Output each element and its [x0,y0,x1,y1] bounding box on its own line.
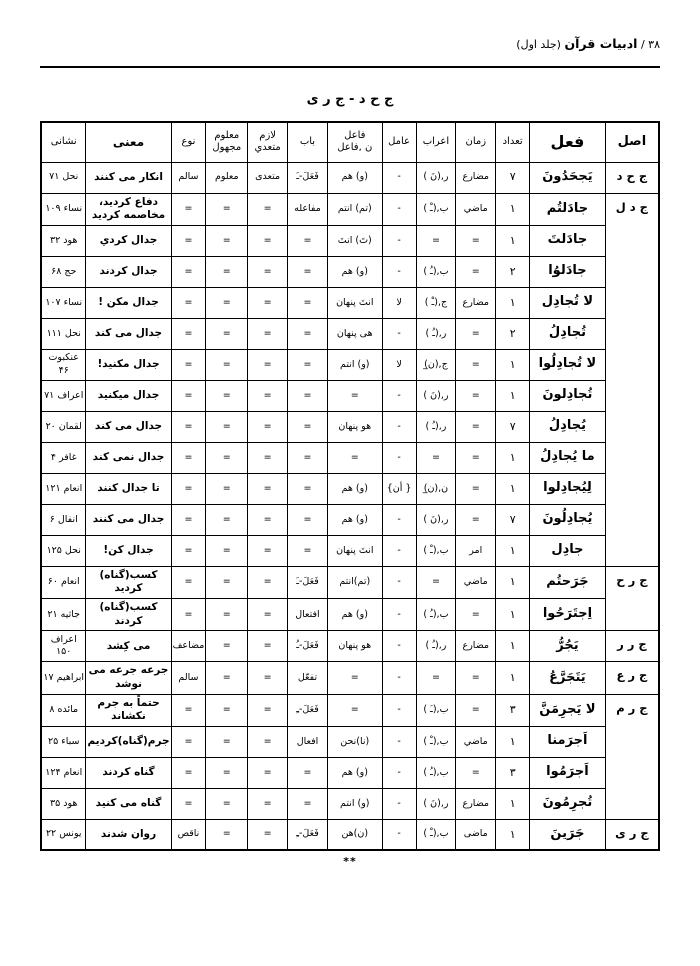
cell-amel: { أن} [382,473,416,504]
col-header-erab: اعراب [416,122,456,162]
cell-erab: = [416,442,456,473]
col-header-amel: عامل [382,122,416,162]
cell-zaman: مضارع [456,631,496,662]
cell-lazem: = [248,287,288,318]
col-header-mani: معنی [86,122,171,162]
cell-neshani: عنکبوت ۴۶ [41,349,86,380]
cell-fael: هو پنهان [327,631,382,662]
cell-erab: ب,(ـُ ) [416,599,456,631]
cell-zaman: = [456,504,496,535]
cell-amel: - [382,819,416,850]
cell-erab: ب,(ـْ ) [416,193,456,225]
cell-fel: لا تُجادِل [530,287,606,318]
cell-maloom: = [206,504,248,535]
cell-erab: = [416,225,456,256]
cell-neshani: انعام ۱۲۱ [41,473,86,504]
cell-tedad: ۷ [496,504,530,535]
cell-maloom: = [206,662,248,694]
cell-neshani: مائده ۸ [41,694,86,726]
cell-maloom: = [206,318,248,349]
cell-neshani: انعام ۶۰ [41,566,86,598]
page-header: ۳۸ / ادبیات قرآن (جلد اول) [40,36,660,60]
cell-maloom: = [206,349,248,380]
cell-bab: = [288,380,328,411]
book-title: ادبیات قرآن [564,36,637,51]
cell-fel: تُجادِلونَ [530,380,606,411]
cell-noe: سالم [171,162,206,193]
cell-noe: = [171,535,206,566]
header-rule [40,66,660,68]
cell-lazem: = [248,349,288,380]
cell-fael: (و) هم [327,162,382,193]
col-header-bab: باب [288,122,328,162]
cell-fael: (و) انتم [327,349,382,380]
cell-tedad: ۱ [496,349,530,380]
cell-fel: اَجرَمُوا [530,757,606,788]
cell-amel: - [382,566,416,598]
col-header-maloom: معلوم مجهول [206,122,248,162]
cell-zaman: ماضي [456,193,496,225]
cell-maloom: = [206,256,248,287]
cell-bab: = [288,504,328,535]
table-row: ج ح دیَجحَدُونَ۷مضارعر,(نَ )-(و) همفَعَل… [41,162,659,193]
cell-noe: = [171,473,206,504]
cell-noe: = [171,287,206,318]
cell-maloom: = [206,535,248,566]
cell-bab: تفعّل [288,662,328,694]
cell-erab: ر,(نَ ) [416,504,456,535]
volume-label: (جلد اول) [516,38,564,51]
cell-noe: = [171,256,206,287]
cell-maloom: = [206,757,248,788]
cell-neshani: انفال ۶ [41,504,86,535]
cell-lazem: = [248,535,288,566]
cell-tedad: ۱ [496,566,530,598]
cell-neshani: لقمان ۲۰ [41,411,86,442]
cell-noe: = [171,726,206,757]
root-cell: ج ر م [605,694,659,819]
table-row: یُجادِلُ۷=ر,(ـُ )-هو پنهان====جدال می کن… [41,411,659,442]
cell-maloom: = [206,566,248,598]
cell-bab: = [288,442,328,473]
cell-zaman: = [456,349,496,380]
cell-zaman: = [456,318,496,349]
cell-bab: = [288,411,328,442]
cell-noe: = [171,318,206,349]
cell-tedad: ۱ [496,473,530,504]
cell-fel: لا یَجرِمَنَّ [530,694,606,726]
cell-tedad: ۱ [496,442,530,473]
cell-amel: - [382,318,416,349]
col-header-zaman: زمان [456,122,496,162]
col-header-tedad: تعداد [496,122,530,162]
cell-lazem: = [248,788,288,819]
table-row: جادَلوُا۲=ب,(ـُ )-(و) هم====جدال کردندحج… [41,256,659,287]
cell-tedad: ۱ [496,380,530,411]
cell-maloom: = [206,726,248,757]
cell-fel: جادَلتَ [530,225,606,256]
table-row: ج ر حجَرَحتُم۱ماضي=-(تم)انتمفَعَلَ-ـَ===… [41,566,659,598]
cell-erab: ب,(ـَ ) [416,694,456,726]
cell-tedad: ۱ [496,535,530,566]
cell-tedad: ۳ [496,694,530,726]
cell-mani: می کِشد [86,631,171,662]
cell-tedad: ۷ [496,162,530,193]
cell-mani: جدال می کند [86,411,171,442]
cell-amel: - [382,380,416,411]
cell-fel: جَرَحتُم [530,566,606,598]
cell-tedad: ۱ [496,662,530,694]
cell-tedad: ۲ [496,256,530,287]
cell-fel: اَجرَمنا [530,726,606,757]
cell-zaman: ماضي [456,726,496,757]
table-row: ج ر ملا یَجرِمَنَّ۳=ب,(ـَ )-=فَعَلَ-ـِ==… [41,694,659,726]
cell-neshani: نحل ۱۱۱ [41,318,86,349]
cell-fel: یَجُرُّ [530,631,606,662]
page-number: ۳۸ / [637,38,660,51]
col-header-fael: فاعل ن ,فاعل [327,122,382,162]
cell-bab: فَعَلَ-ـَ [288,162,328,193]
cell-fel: لِیُجادِلوا [530,473,606,504]
cell-fael: (و) هم [327,504,382,535]
cell-noe: = [171,599,206,631]
cell-maloom: معلوم [206,162,248,193]
cell-neshani: هود ۳۵ [41,788,86,819]
cell-bab: = [288,788,328,819]
cell-lazem: = [248,599,288,631]
cell-lazem: = [248,566,288,598]
root-cell: ج ح د [605,162,659,193]
cell-neshani: نساء ۱۰۹ [41,193,86,225]
cell-amel: لا [382,349,416,380]
cell-zaman: = [456,256,496,287]
table-row: تُجرِمُونَ۱مضارعر,(نَ )-(و) انتم====گناه… [41,788,659,819]
cell-neshani: یونس ۲۲ [41,819,86,850]
cell-bab: افتعال [288,599,328,631]
cell-amel: لا [382,287,416,318]
cell-fael: (و) هم [327,599,382,631]
cell-lazem: = [248,473,288,504]
cell-neshani: غافر ۴ [41,442,86,473]
cell-lazem: = [248,694,288,726]
cell-fael: (و) انتم [327,788,382,819]
cell-fael: (تم) انتم [327,193,382,225]
cell-tedad: ۱ [496,726,530,757]
cell-fael: انتَ پنهان [327,535,382,566]
cell-maloom: = [206,442,248,473]
cell-fael: (تَ) انتَ [327,225,382,256]
cell-maloom: = [206,411,248,442]
cell-bab: = [288,349,328,380]
cell-maloom: = [206,287,248,318]
cell-erab: ج,(ن̲) [416,349,456,380]
cell-fel: جادِل [530,535,606,566]
cell-neshani: نحل ۱۲۵ [41,535,86,566]
cell-zaman: = [456,694,496,726]
cell-mani: انکار می کنند [86,162,171,193]
cell-zaman: = [456,662,496,694]
cell-noe: = [171,504,206,535]
cell-zaman: = [456,599,496,631]
col-header-neshani: نشانی [41,122,86,162]
cell-mani: جرم(گناه)کردیم [86,726,171,757]
table-row: تُجادِلُ۲=ر,(ـُ )-هی پنهان====جدال می کن… [41,318,659,349]
cell-amel: - [382,662,416,694]
cell-fael: (ن)هن [327,819,382,850]
cell-zaman: امر [456,535,496,566]
cell-bab: = [288,256,328,287]
cell-mani: جدال مکن ! [86,287,171,318]
cell-noe: = [171,193,206,225]
cell-noe: = [171,694,206,726]
cell-amel: - [382,162,416,193]
cell-mani: کسب(گناه) کردید [86,566,171,598]
cell-erab: ر,(ـُ ) [416,411,456,442]
cell-maloom: = [206,788,248,819]
cell-mani: جرعه جرعه می نوشد [86,662,171,694]
cell-lazem: = [248,225,288,256]
table-row: لا تُجادِل۱مضارعج,(ـْ )لاانتَ پنهان====ج… [41,287,659,318]
header-row: اصل فعل تعداد زمان اعراب عامل فاعل ن ,فا… [41,122,659,162]
cell-mani: جدال کردند [86,256,171,287]
cell-fel: یُجادِلُ [530,411,606,442]
cell-noe: = [171,380,206,411]
cell-neshani: سباء ۲۵ [41,726,86,757]
cell-maloom: = [206,694,248,726]
root-cell: ج ر ح [605,566,659,631]
cell-zaman: = [456,411,496,442]
cell-tedad: ۱ [496,788,530,819]
cell-mani: جدال کردي [86,225,171,256]
root-cell: ج ر ر [605,631,659,662]
cell-fael: (نا)نحن [327,726,382,757]
cell-fel: جادَلتُم [530,193,606,225]
table-row: ما یُجادِلُ۱==-=====جدال نمی کندغافر ۴ [41,442,659,473]
cell-zaman: ماضي [456,566,496,598]
cell-bab: فَعَلَ-ـِ [288,694,328,726]
cell-noe: = [171,757,206,788]
cell-fel: اِجتَرَحُوا [530,599,606,631]
table-body: ج ح دیَجحَدُونَ۷مضارعر,(نَ )-(و) همفَعَل… [41,162,659,850]
cell-maloom: = [206,819,248,850]
cell-bab: افعال [288,726,328,757]
cell-mani: حتماً به جرم نکشاند [86,694,171,726]
cell-amel: - [382,193,416,225]
book-page: ۳۸ / ادبیات قرآن (جلد اول) ج ح د - ج ر ی… [0,0,700,868]
table-row: ج ر ریَجُرُّ۱مضارعر,(ـُ )-هو پنهانفَعَلَ… [41,631,659,662]
cell-bab: = [288,225,328,256]
cell-zaman: مضارع [456,162,496,193]
cell-lazem: متعدی [248,162,288,193]
cell-maloom: = [206,193,248,225]
cell-erab: ن,(ن̲) [416,473,456,504]
root-cell: ج ر ی [605,819,659,850]
cell-maloom: = [206,631,248,662]
cell-amel: - [382,694,416,726]
cell-zaman: مضارع [456,788,496,819]
cell-noe: سالم [171,662,206,694]
cell-mani: کسب(گناه) کردند [86,599,171,631]
cell-mani: دفاع کردید، مخاصمه کردید [86,193,171,225]
table-row: تُجادِلونَ۱=ر,(نَ )-=====جدال میکنیداعرا… [41,380,659,411]
cell-tedad: ۷ [496,411,530,442]
cell-neshani: انعام ۱۲۴ [41,757,86,788]
cell-lazem: = [248,819,288,850]
cell-bab: = [288,535,328,566]
col-header-noe: نوع [171,122,206,162]
col-header-fel: فعل [530,122,606,162]
cell-lazem: = [248,442,288,473]
cell-neshani: جاثیه ۲۱ [41,599,86,631]
table-row: ج ر عیَتَجَرَّعُ۱==-=تفعّل==سالمجرعه جرع… [41,662,659,694]
conjugation-table: اصل فعل تعداد زمان اعراب عامل فاعل ن ,فا… [40,121,660,851]
table-row: اَجرَمُوا۳=ب,(ـُ )-(و) هم====گناه کردندا… [41,757,659,788]
cell-noe: = [171,442,206,473]
cell-noe: = [171,411,206,442]
cell-tedad: ۱ [496,225,530,256]
cell-bab: = [288,757,328,788]
cell-tedad: ۱ [496,819,530,850]
cell-fael: = [327,694,382,726]
table-row: لِیُجادِلوا۱=ن,(ن̲){ أن}(و) هم====تا جدا… [41,473,659,504]
cell-noe: = [171,788,206,819]
cell-bab: = [288,287,328,318]
footnote-mark: ** [40,855,660,868]
cell-lazem: = [248,256,288,287]
cell-neshani: حج ۶۸ [41,256,86,287]
cell-fel: لا تُجادِلُوا [530,349,606,380]
cell-erab: = [416,662,456,694]
table-row: ج د لجادَلتُم۱ماضيب,(ـْ )-(تم) انتممفاعل… [41,193,659,225]
cell-fael: = [327,662,382,694]
cell-tedad: ۱ [496,599,530,631]
cell-fel: جادَلوُا [530,256,606,287]
cell-erab: ب,(ـُ ) [416,757,456,788]
cell-lazem: = [248,631,288,662]
cell-neshani: ابراهیم ۱۷ [41,662,86,694]
cell-neshani: اعراف ۷۱ [41,380,86,411]
cell-amel: - [382,726,416,757]
cell-erab: = [416,566,456,598]
cell-zaman: ماضی [456,819,496,850]
cell-lazem: = [248,504,288,535]
cell-mani: جدال کن! [86,535,171,566]
cell-fael: (و) هم [327,757,382,788]
table-row: لا تُجادِلُوا۱=ج,(ن̲)لا(و) انتم====جدال … [41,349,659,380]
cell-lazem: = [248,726,288,757]
table-header: اصل فعل تعداد زمان اعراب عامل فاعل ن ,فا… [41,122,659,162]
cell-maloom: = [206,599,248,631]
cell-fel: یُجادِلُونَ [530,504,606,535]
cell-amel: - [382,225,416,256]
table-row: ج ر یجَرَینَ۱ماضیب,(ـْ )-(ن)هنفَعَلَ-ـِ=… [41,819,659,850]
cell-neshani: نحل ۷۱ [41,162,86,193]
cell-erab: ر,(ـُ ) [416,631,456,662]
cell-lazem: = [248,411,288,442]
col-header-asl: اصل [605,122,659,162]
cell-fel: ما یُجادِلُ [530,442,606,473]
cell-erab: ر,(نَ ) [416,380,456,411]
table-row: اِجتَرَحُوا۱=ب,(ـُ )-(و) همافتعال===کسب(… [41,599,659,631]
cell-zaman: = [456,225,496,256]
cell-tedad: ۳ [496,757,530,788]
table-row: جادِل۱امرب,(ـْ )-انتَ پنهان====جدال کن!ن… [41,535,659,566]
cell-lazem: = [248,380,288,411]
table-row: جادَلتَ۱==-(تَ) انتَ====جدال کرديهود ۳۲ [41,225,659,256]
cell-noe: = [171,566,206,598]
cell-neshani: اعراف ۱۵۰ [41,631,86,662]
cell-erab: ر,(نَ ) [416,162,456,193]
cell-tedad: ۱ [496,193,530,225]
cell-amel: - [382,504,416,535]
cell-bab: = [288,473,328,504]
cell-lazem: = [248,662,288,694]
cell-amel: - [382,442,416,473]
cell-fel: یَتَجَرَّعُ [530,662,606,694]
cell-maloom: = [206,225,248,256]
cell-mani: جدال نمی کند [86,442,171,473]
cell-fael: (تم)انتم [327,566,382,598]
cell-fael: هو پنهان [327,411,382,442]
cell-fel: تُجرِمُونَ [530,788,606,819]
cell-fael: = [327,380,382,411]
root-cell: ج ر ع [605,662,659,694]
cell-erab: ب,(ـُ ) [416,256,456,287]
cell-neshani: نساء ۱۰۷ [41,287,86,318]
cell-fael: = [327,442,382,473]
cell-erab: ب,(ـْ ) [416,819,456,850]
cell-zaman: = [456,473,496,504]
cell-amel: - [382,599,416,631]
cell-bab: فَعَلَ-ـَ [288,566,328,598]
cell-noe: = [171,349,206,380]
cell-bab: مفاعله [288,193,328,225]
cell-amel: - [382,411,416,442]
cell-mani: جدال مکنید! [86,349,171,380]
cell-fael: انتَ پنهان [327,287,382,318]
cell-tedad: ۲ [496,318,530,349]
cell-erab: ب,(ـْ ) [416,726,456,757]
cell-fael: هی پنهان [327,318,382,349]
cell-bab: = [288,318,328,349]
table-row: اَجرَمنا۱ماضيب,(ـْ )-(نا)نحنافعال===جرم(… [41,726,659,757]
cell-mani: جدال میکنید [86,380,171,411]
table-row: یُجادِلُونَ۷=ر,(نَ )-(و) هم====جدال می ک… [41,504,659,535]
cell-neshani: هود ۳۲ [41,225,86,256]
cell-zaman: = [456,442,496,473]
cell-amel: - [382,535,416,566]
cell-amel: - [382,757,416,788]
cell-fael: (و) هم [327,256,382,287]
cell-mani: تا جدال کنند [86,473,171,504]
cell-noe: مضاعف [171,631,206,662]
root-cell: ج د ل [605,193,659,566]
cell-amel: - [382,788,416,819]
cell-lazem: = [248,193,288,225]
cell-zaman: = [456,380,496,411]
cell-erab: ر,(ـُ ) [416,318,456,349]
cell-fel: یَجحَدُونَ [530,162,606,193]
cell-mani: جدال می کند [86,318,171,349]
cell-amel: - [382,631,416,662]
col-header-lazem: لازم متعدي [248,122,288,162]
cell-mani: گناه کردند [86,757,171,788]
section-title: ج ح د - ج ر ی [40,92,660,107]
cell-mani: گناه می کنید [86,788,171,819]
cell-tedad: ۱ [496,287,530,318]
cell-tedad: ۱ [496,631,530,662]
cell-fel: جَرَینَ [530,819,606,850]
